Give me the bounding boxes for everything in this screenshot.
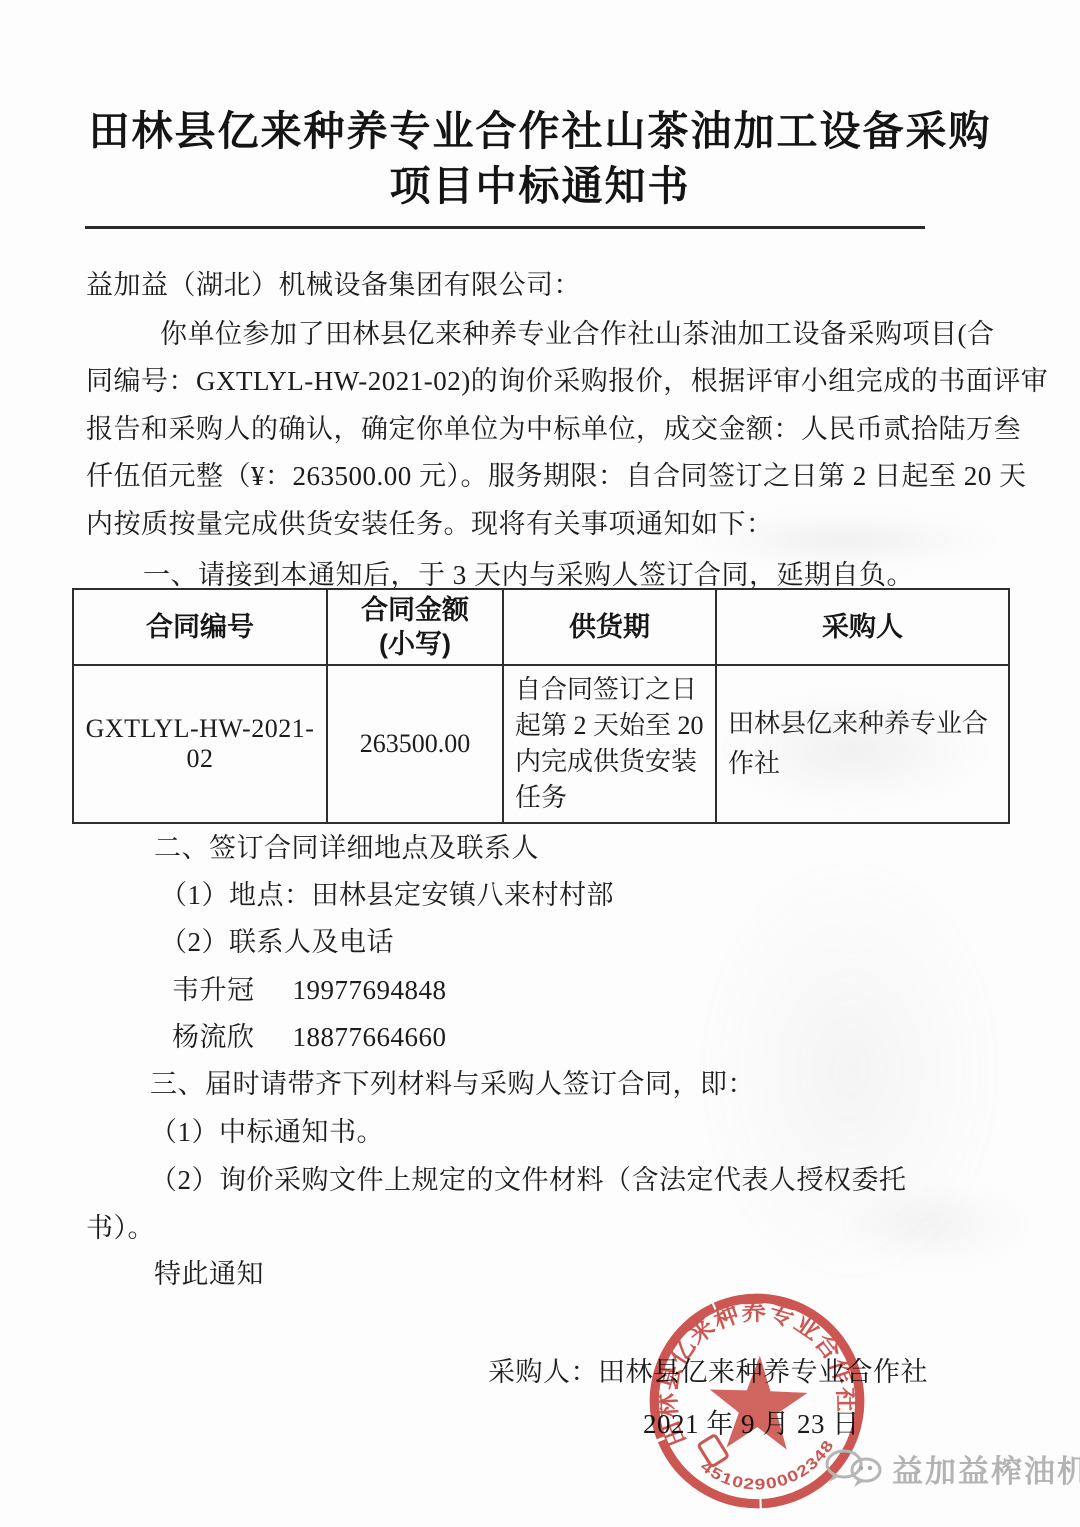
seal-star <box>708 1354 809 1450</box>
table-header-row: 合同编号 合同金额 (小写) 供货期 采购人 <box>73 589 1009 665</box>
cell-amount: 263500.00 <box>327 665 503 823</box>
watermark-text: 益加益榨油机 <box>892 1446 1080 1491</box>
paragraph-line-4: 仟伍佰元整（¥：263500.00 元）。服务期限：自合同签订之日第 2 日起至… <box>86 454 1027 493</box>
table-row: GXTLYL-HW-2021-02 263500.00 自合同签订之日 起第 2… <box>73 665 1009 823</box>
section3-item-2-line2: 书）。 <box>86 1206 155 1245</box>
section3-item-1: （1）中标通知书。 <box>150 1110 384 1149</box>
cell-supply-period: 自合同签订之日 起第 2 天始至 20 内完成供货安装 任务 <box>503 665 716 823</box>
header-amount: 合同金额 (小写) <box>327 589 503 665</box>
contract-table: 合同编号 合同金额 (小写) 供货期 采购人 GXTLYL-HW-2021-02… <box>72 588 1010 824</box>
paragraph-line-3: 报告和采购人的确认，确定你单位为中标单位，成交金额：人民币贰拾陆万叁 <box>86 407 1021 446</box>
header-supply-period: 供货期 <box>503 589 716 665</box>
page-title-line-1: 田林县亿来种养专业合作社山茶油加工设备采购 <box>0 98 1080 157</box>
contact1-phone: 19977694848 <box>293 975 447 1005</box>
paragraph-line-5: 内按质按量完成供货安装任务。现将有关事项通知如下： <box>86 502 774 541</box>
section3-item-2-line1: （2）询价采购文件上规定的文件材料（含法定代表人授权委托 <box>150 1158 907 1197</box>
document-page: 田林县亿来种养专业合作社山茶油加工设备采购 项目中标通知书 益加益（湖北）机械设… <box>0 0 1080 1527</box>
cell-contract-no: GXTLYL-HW-2021-02 <box>73 665 327 823</box>
contact2-phone: 18877664660 <box>293 1022 447 1052</box>
contact1-name: 韦升冠 <box>172 975 255 1005</box>
paragraph-line-2: 同编号：GXTLYL-HW-2021-02)的询价采购报价，根据评审小组完成的书… <box>86 359 1048 398</box>
contact2-name: 杨流欣 <box>172 1022 255 1052</box>
contact-line-1: 韦升冠19977694848 <box>172 968 447 1007</box>
cell-purchaser: 田林县亿来种养专业合 作社 <box>716 665 1009 823</box>
seal-inner-mark <box>698 1435 728 1467</box>
contact-line-2: 杨流欣18877664660 <box>172 1015 447 1054</box>
closing-line: 特此通知 <box>154 1252 264 1291</box>
section3-heading: 三、届时请带齐下列材料与采购人签订合同，即： <box>150 1062 755 1101</box>
header-contract-no: 合同编号 <box>73 589 327 665</box>
header-purchaser: 采购人 <box>716 589 1009 665</box>
chat-bubbles-icon <box>824 1440 886 1496</box>
title-divider <box>85 226 925 229</box>
section2-contact-heading: （2）联系人及电话 <box>160 920 394 959</box>
recipient-line: 益加益（湖北）机械设备集团有限公司： <box>86 263 581 302</box>
section2-heading: 二、签订合同详细地点及联系人 <box>154 826 539 865</box>
brand-watermark: 益加益榨油机 <box>824 1440 1080 1496</box>
notice-item-1: 一、请接到本通知后，于 3 天内与采购人签订合同，延期自负。 <box>143 553 914 592</box>
section2-location: （1）地点：田林县定安镇八来村村部 <box>160 873 614 912</box>
page-title-line-2: 项目中标通知书 <box>0 153 1080 212</box>
paragraph-line-1: 你单位参加了田林县亿来种养专业合作社山茶油加工设备采购项目(合 <box>160 312 995 351</box>
